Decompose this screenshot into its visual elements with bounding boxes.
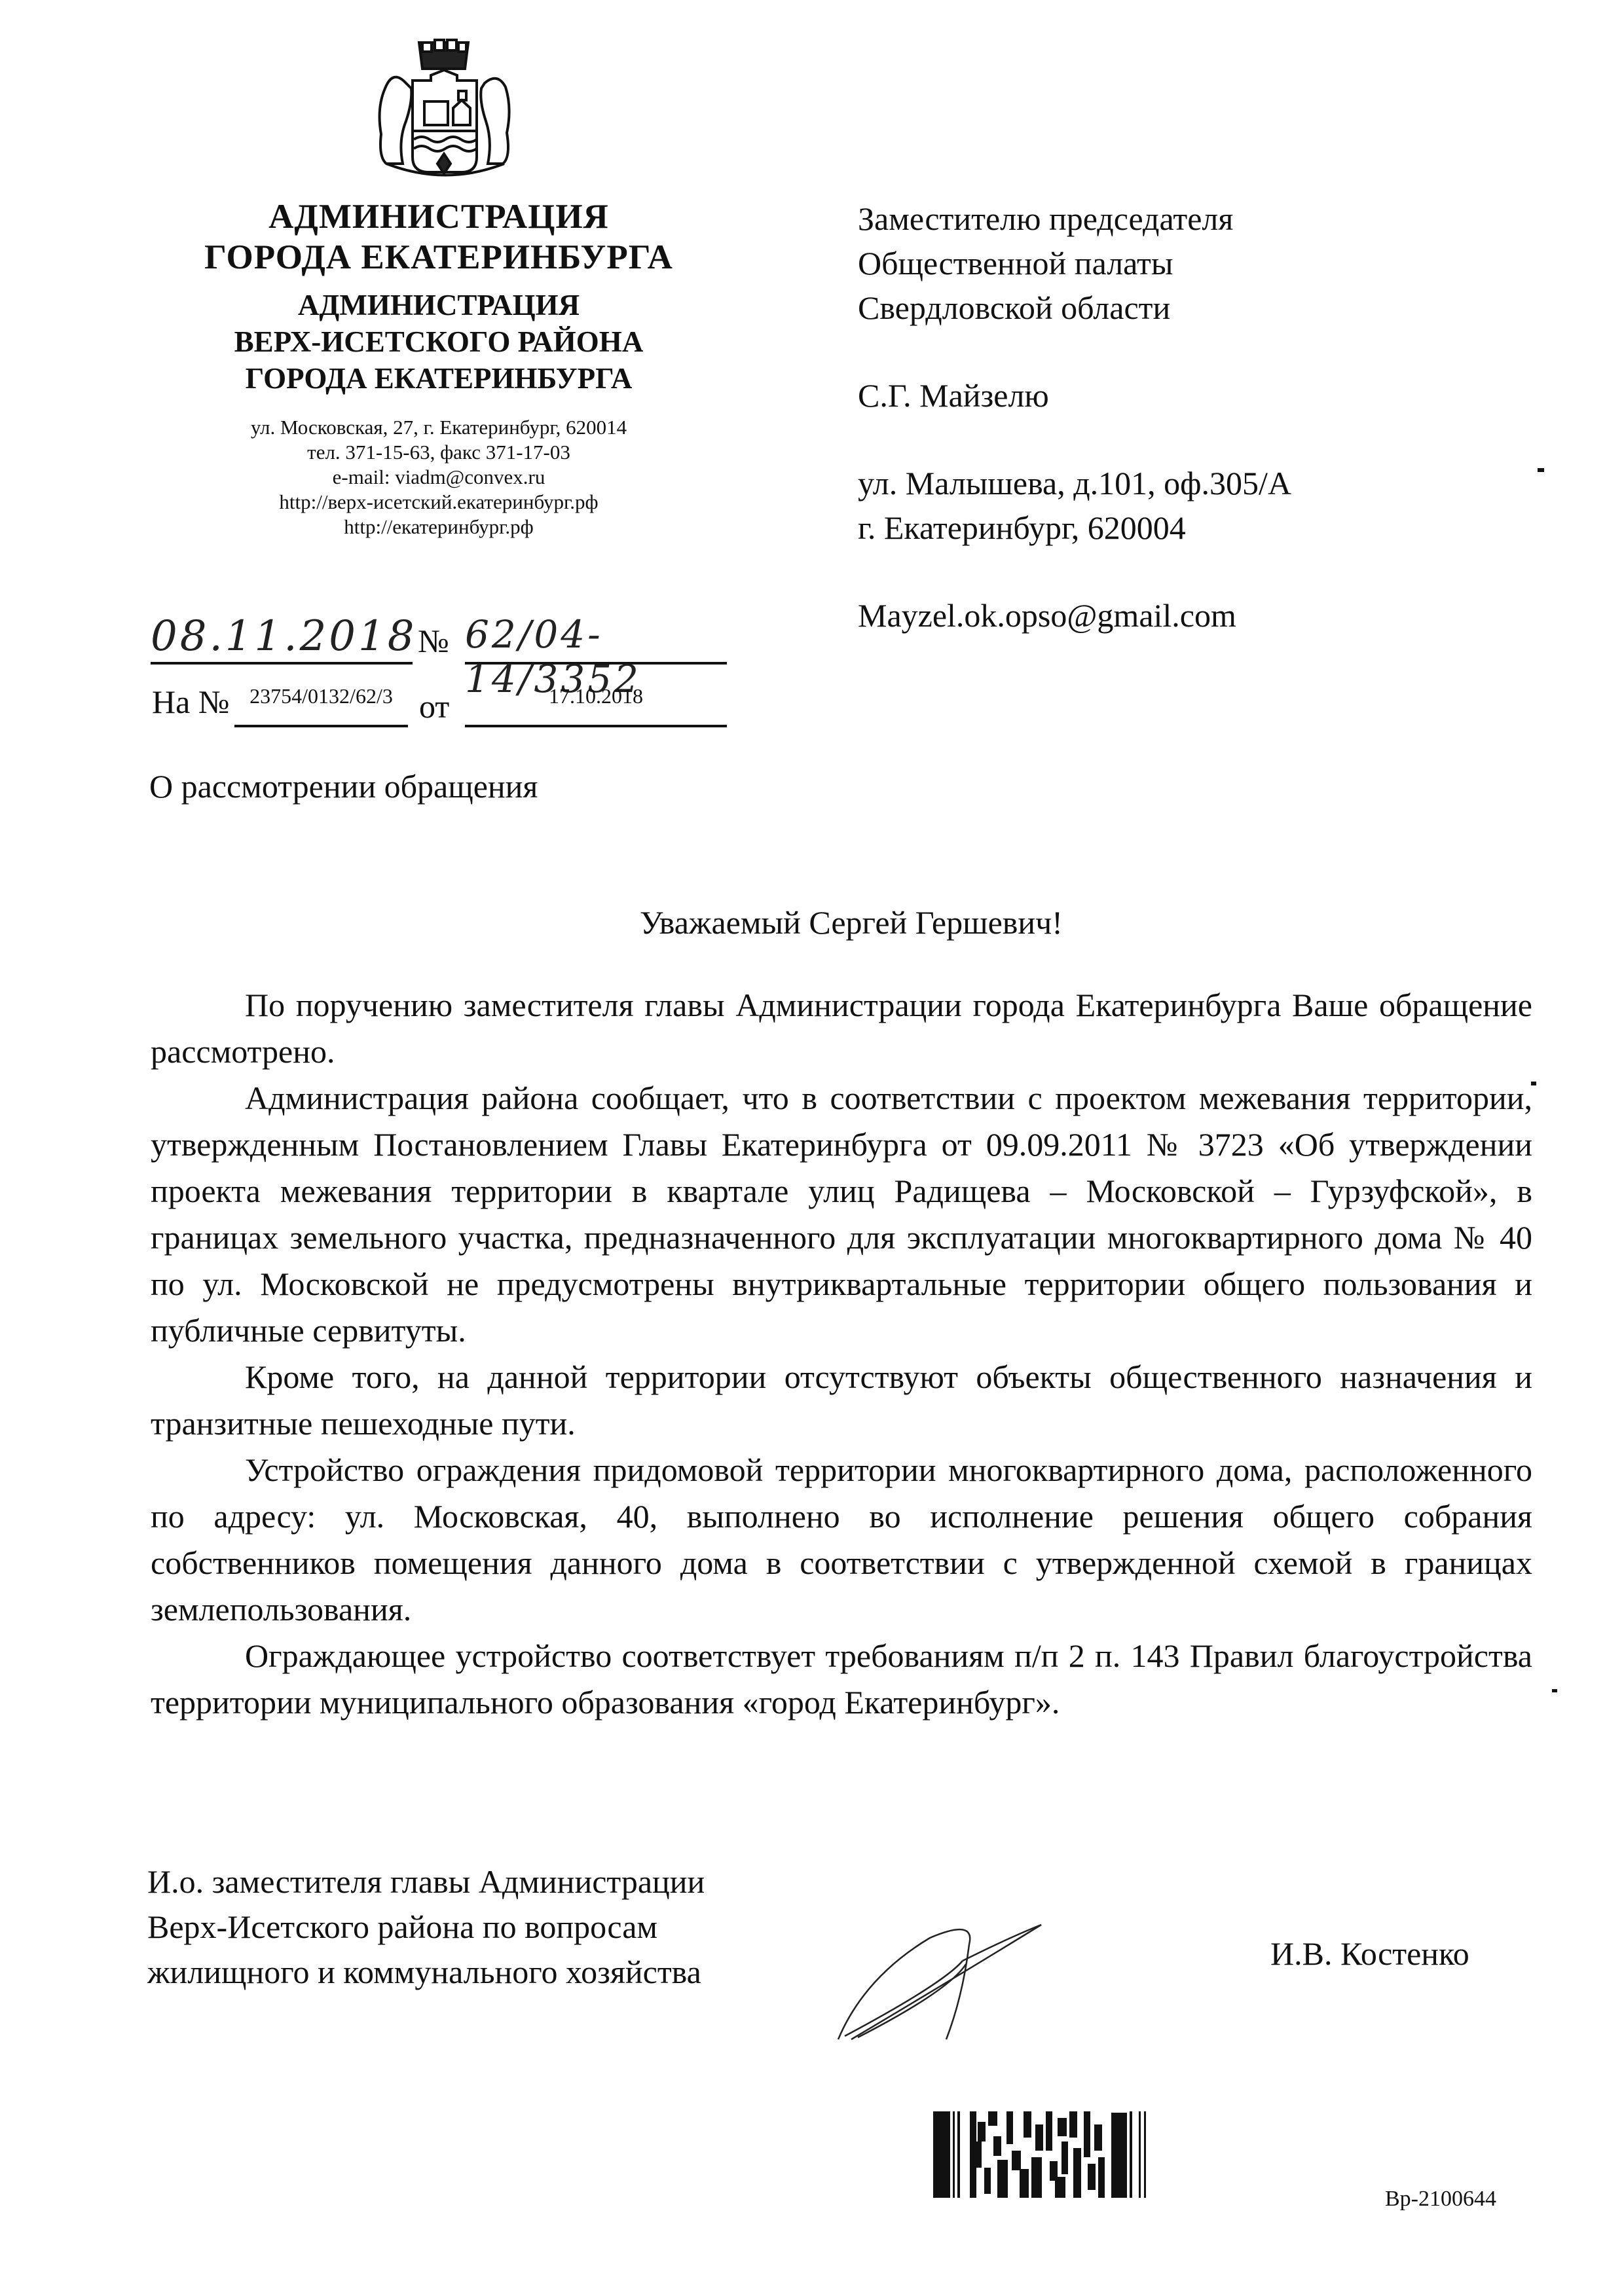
coat-of-arms-icon <box>367 23 524 183</box>
reply-number: 23754/0132/62/3 <box>249 684 393 708</box>
suborg-name-line1: АДМИНИСТРАЦИЯ <box>144 287 733 323</box>
number-label: № <box>418 622 449 660</box>
outgoing-date-field: 08.11.2018 <box>151 612 413 665</box>
org-name-line1: АДМИНИСТРАЦИЯ <box>144 196 733 237</box>
signer-position-line1: И.о. заместителя главы Администрации <box>147 1859 705 1904</box>
body-paragraph: По поручению заместителя главы Администр… <box>151 982 1532 1075</box>
letter-subject: О рассмотрении обращения <box>149 767 538 805</box>
suborg-name-line2: ВЕРХ-ИСЕТСКОГО РАЙОНА <box>144 323 733 360</box>
recipient-title-line2: Общественной палаты <box>858 241 1291 285</box>
body-paragraph: Ограждающее устройство соответствует тре… <box>151 1633 1532 1726</box>
recipient-email: Mayzel.ok.opso@gmail.com <box>858 593 1291 638</box>
org-website-city: http://екатеринбург.рф <box>144 515 733 539</box>
reply-date: 17.10.2018 <box>549 684 643 708</box>
signer-position: И.о. заместителя главы Администрации Вер… <box>147 1859 705 1995</box>
body-paragraph: Устройство ограждения придомовой террито… <box>151 1447 1532 1633</box>
registration-code: Вр-2100644 <box>1385 2187 1496 2212</box>
reply-number-field: 23754/0132/62/3 <box>234 684 408 727</box>
org-name-line2: ГОРОДА ЕКАТЕРИНБУРГА <box>144 237 733 278</box>
recipient-address-city: г. Екатеринбург, 620004 <box>858 505 1291 550</box>
recipient-address-street: ул. Малышева, д.101, оф.305/А <box>858 461 1291 505</box>
org-address: ул. Московская, 27, г. Екатеринбург, 620… <box>144 415 733 440</box>
reply-to-label: На № <box>152 683 230 721</box>
letter-body: По поручению заместителя главы Администр… <box>151 982 1532 1726</box>
outgoing-number-field: 62/04-14/3352 <box>465 612 727 665</box>
body-paragraph: Администрация района сообщает, что в соо… <box>151 1075 1532 1354</box>
org-website-district: http://верх-исетский.екатеринбург.рф <box>144 490 733 515</box>
suborg-name-line3: ГОРОДА ЕКАТЕРИНБУРГА <box>144 360 733 397</box>
org-email: e-mail: viadm@convex.ru <box>144 465 733 490</box>
body-paragraph: Кроме того, на данной территории отсутст… <box>151 1354 1532 1447</box>
handwritten-signature-icon <box>825 1899 1218 2043</box>
recipient-title-line3: Свердловской области <box>858 285 1291 330</box>
recipient-name: С.Г. Майзелю <box>858 373 1291 418</box>
signer-position-line2: Верх-Исетского района по вопросам <box>147 1904 705 1950</box>
signer-name: И.В. Костенко <box>1270 1935 1469 1973</box>
greeting: Уважаемый Сергей Гершевич! <box>0 903 1624 941</box>
pdf417-barcode-icon <box>933 2111 1156 2198</box>
signer-position-line3: жилищного и коммунального хозяйства <box>147 1950 705 1995</box>
reply-date-field: 17.10.2018 <box>465 684 727 727</box>
recipient-title-line1: Заместителю председателя <box>858 196 1291 241</box>
outgoing-date: 08.11.2018 <box>151 612 416 661</box>
org-phone: тел. 371-15-63, факс 371-17-03 <box>144 440 733 465</box>
recipient-block: Заместителю председателя Общественной па… <box>858 196 1291 638</box>
from-label: от <box>419 687 449 725</box>
letterhead: АДМИНИСТРАЦИЯ ГОРОДА ЕКАТЕРИНБУРГА АДМИН… <box>144 196 733 539</box>
